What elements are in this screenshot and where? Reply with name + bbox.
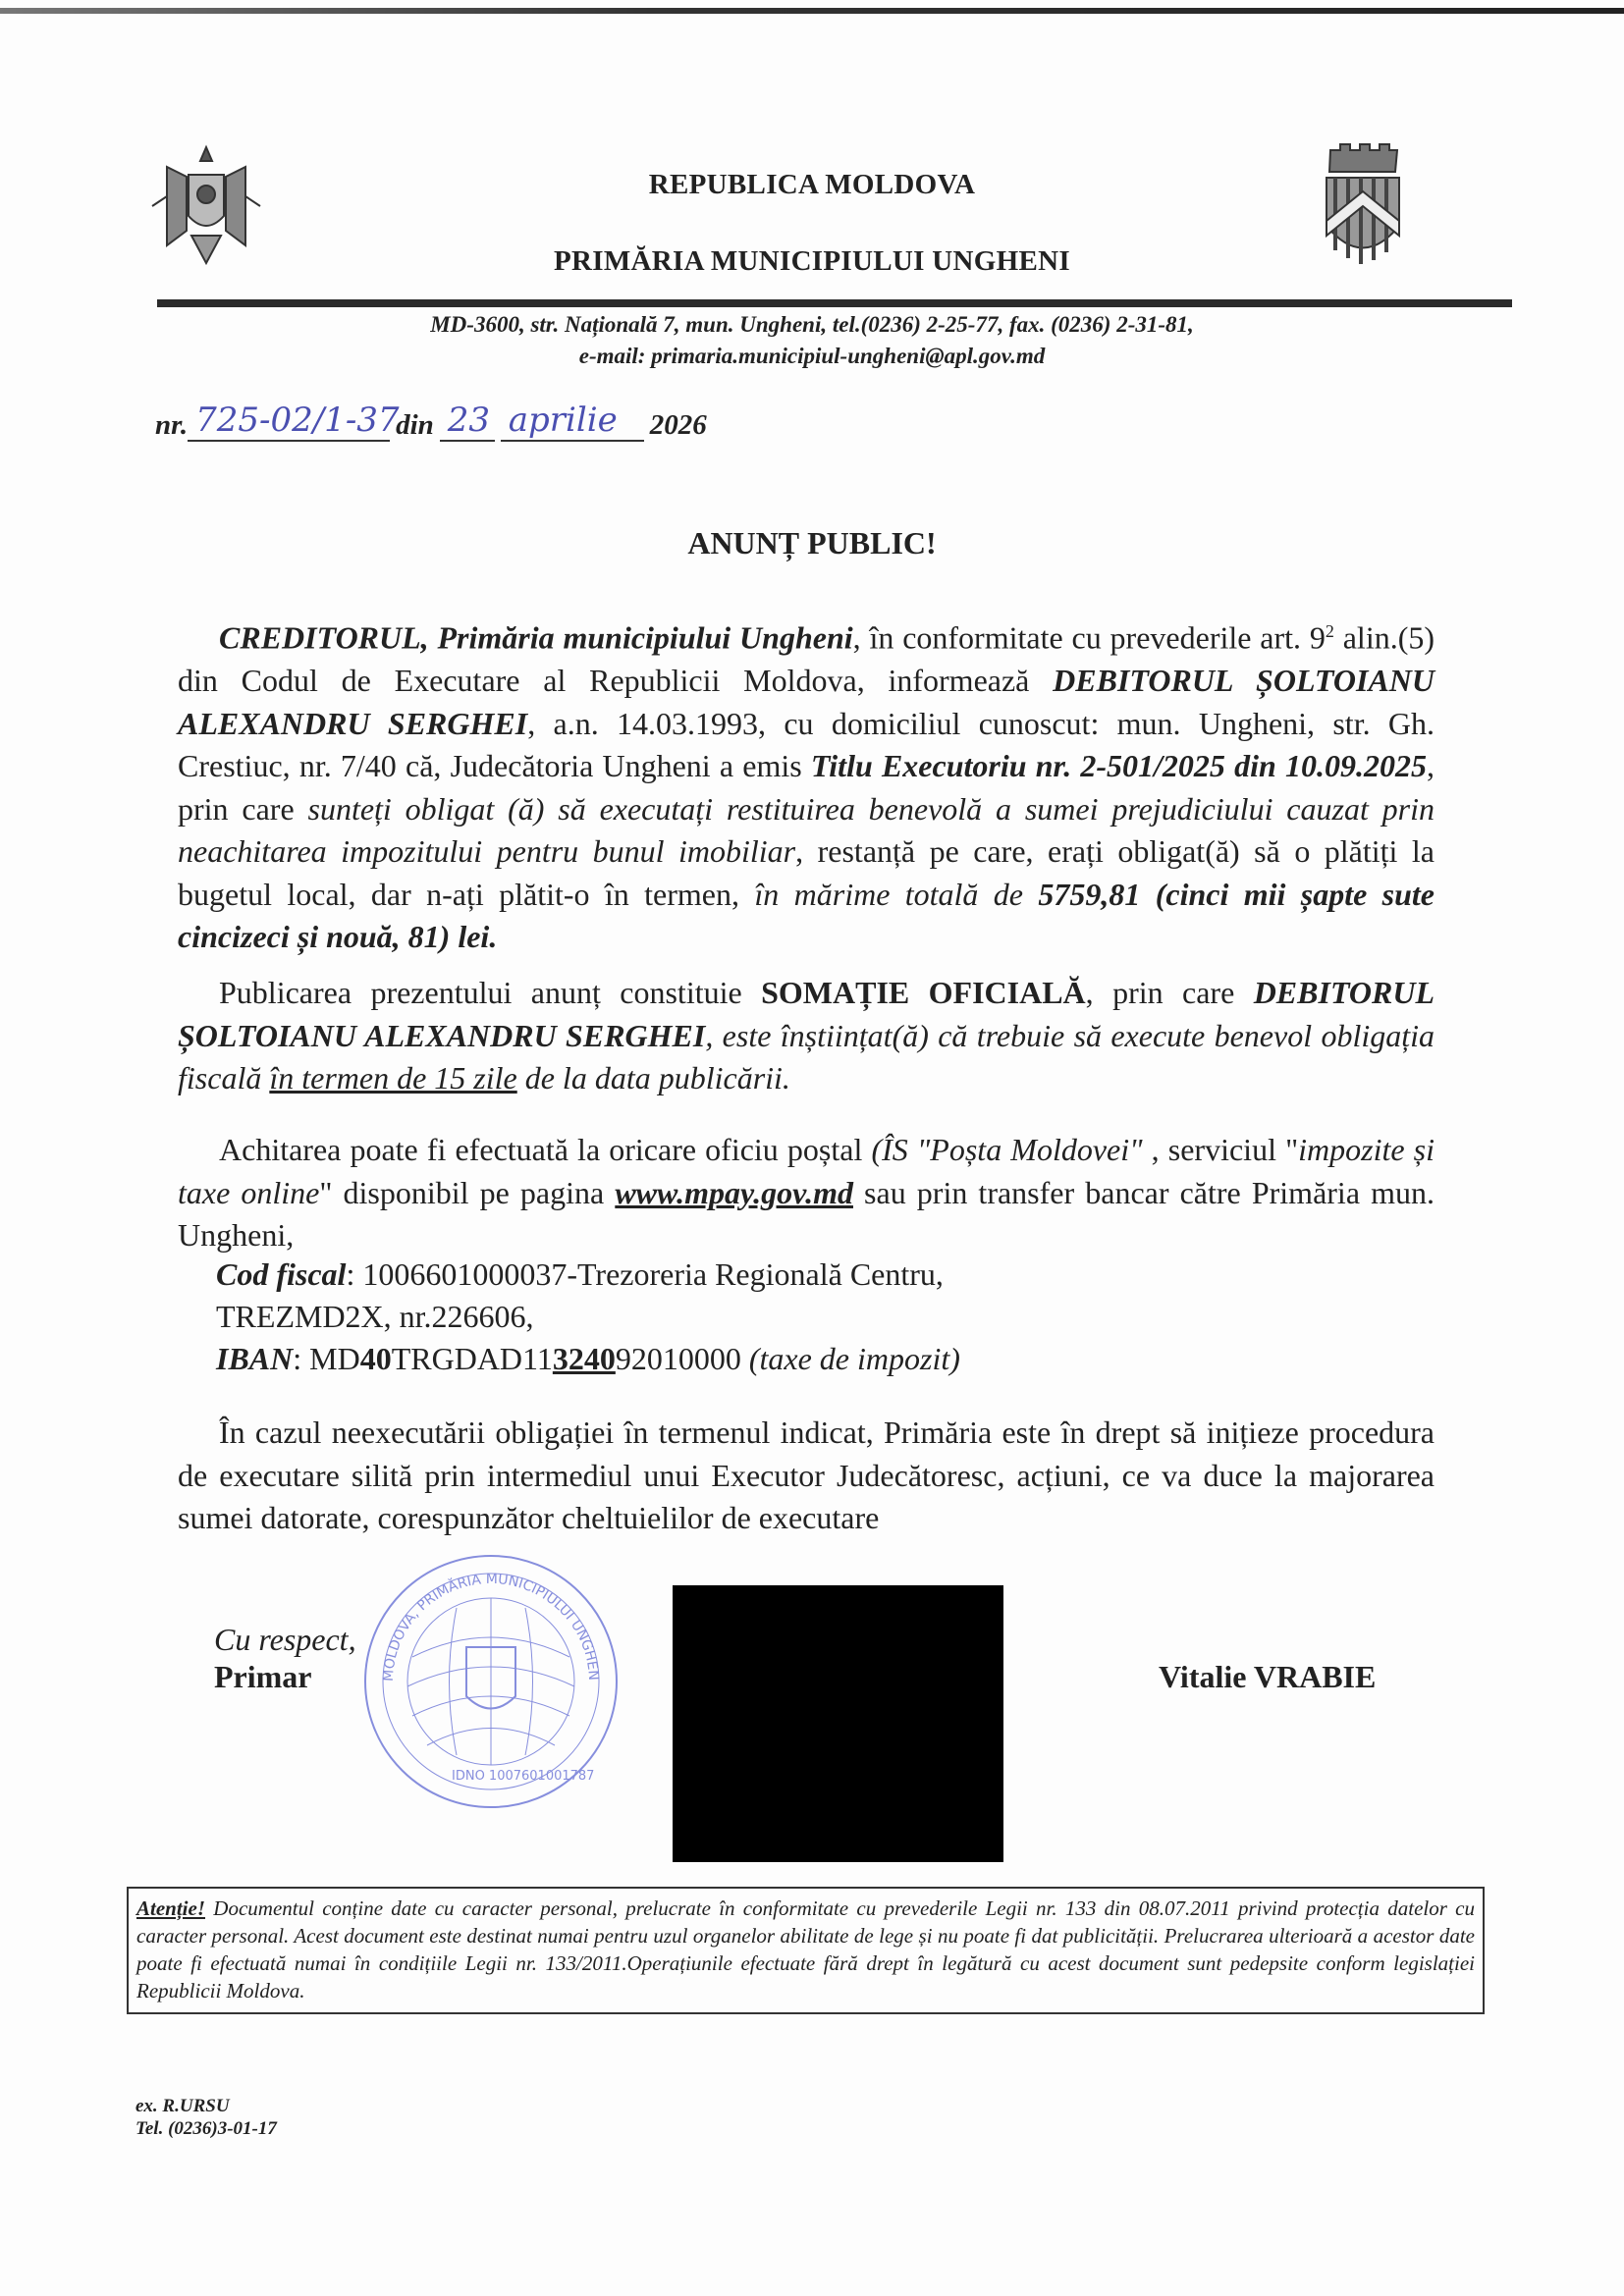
iban-part-4: 3240 <box>553 1341 616 1376</box>
paragraph-somatie: Publicarea prezentului anunț constituie … <box>178 972 1435 1100</box>
p4-text: În cazul neexecutării obligației în term… <box>178 1415 1435 1535</box>
paragraph-creditor-notice: CREDITORUL, Primăria municipiului Unghen… <box>178 611 1435 959</box>
creditor-name: CREDITORUL, Primăria municipiului Unghen… <box>219 620 853 656</box>
registration-line: nr. 725-02/1-37 din 23 aprilie 2026 <box>155 400 707 442</box>
amount-prefix: în mărime totală de <box>754 877 1038 912</box>
din-label: din <box>396 409 434 442</box>
header-email: e-mail: primaria.municipiul-ungheni@apl.… <box>0 344 1624 369</box>
header-institution: PRIMĂRIA MUNICIPIULUI UNGHENI <box>0 245 1624 278</box>
paragraph-payment-info: Achitarea poate fi efectuată la oricare … <box>178 1129 1435 1257</box>
nr-label: nr. <box>155 409 188 442</box>
executor-name: ex. R.URSU <box>135 2096 230 2117</box>
title-executoriu: Titlu Executoriu nr. 2-501/2025 din 10.0… <box>811 748 1427 783</box>
registration-number: 725-02/1-37 <box>188 400 390 442</box>
iban-label: IBAN <box>216 1341 293 1376</box>
header-divider <box>157 299 1512 307</box>
posta-moldovei: (ÎS "Poșta Moldovei" <box>871 1132 1142 1167</box>
p2-text-1: Publicarea prezentului anunț constituie <box>219 975 761 1010</box>
redacted-signature <box>673 1585 1003 1862</box>
p3-text-3: " disponibil pe pagina <box>319 1175 615 1210</box>
document-title: ANUNȚ PUBLIC! <box>0 525 1624 561</box>
mpay-link[interactable]: www.mpay.gov.md <box>615 1175 853 1210</box>
p1-text-1: , în conformitate cu prevederile art. 9 <box>853 620 1326 656</box>
iban-part-2: 40 <box>360 1341 392 1376</box>
data-protection-notice: Atenție! Documentul conține date cu cara… <box>127 1887 1485 2014</box>
p1-superscript: 2 <box>1326 621 1334 641</box>
iban-line: IBAN: MD40TRGDAD11324092010000 (taxe de … <box>216 1341 960 1377</box>
p3-text-2: , serviciul " <box>1143 1132 1299 1167</box>
registration-year: 2026 <box>650 409 707 442</box>
executor-phone: Tel. (0236)3-01-17 <box>135 2118 277 2140</box>
closing-greeting: Cu respect, <box>214 1622 356 1658</box>
official-stamp-icon: MOLDOVA, PRIMĂRIA MUNICIPIULUI UNGHENI I… <box>358 1549 623 1814</box>
signer-name: Vitalie VRABIE <box>1159 1659 1376 1695</box>
p2-text-4: de la data publicării. <box>517 1060 790 1095</box>
deadline-term: în termen de 15 zile <box>269 1060 516 1095</box>
header-address: MD-3600, str. Națională 7, mun. Ungheni,… <box>0 312 1624 338</box>
somatie-oficiala: SOMAȚIE OFICIALĂ <box>761 975 1086 1010</box>
p3-text-1: Achitarea poate fi efectuată la oricare … <box>219 1132 871 1167</box>
trez-line: TREZMD2X, nr.226606, <box>216 1299 534 1335</box>
iban-part-5: 92010000 <box>616 1341 749 1376</box>
signer-role: Primar <box>214 1659 312 1695</box>
svg-text:MOLDOVA, PRIMĂRIA MUNICIPIULUI: MOLDOVA, PRIMĂRIA MUNICIPIULUI UNGHENI <box>358 1549 601 1682</box>
cod-fiscal-value: : 1006601000037-Trezoreria Regională Cen… <box>346 1256 943 1292</box>
paragraph-enforcement: În cazul neexecutării obligației în term… <box>178 1412 1435 1540</box>
p2-text-2: , prin care <box>1086 975 1254 1010</box>
svg-text:IDNO 1007601001787: IDNO 1007601001787 <box>452 1769 594 1784</box>
cod-fiscal-label: Cod fiscal <box>216 1256 346 1292</box>
header-country: REPUBLICA MOLDOVA <box>0 169 1624 201</box>
notice-label: Atenție! <box>136 1896 205 1920</box>
iban-part-3: TRGDAD11 <box>392 1341 553 1376</box>
registration-month: aprilie <box>501 400 644 442</box>
registration-day: 23 <box>440 400 495 442</box>
scan-edge-line <box>0 8 1624 14</box>
iban-part-1: : MD <box>293 1341 359 1376</box>
notice-text: Documentul conține date cu caracter pers… <box>136 1896 1475 2002</box>
iban-note: (taxe de impozit) <box>749 1341 960 1376</box>
cod-fiscal-line: Cod fiscal: 1006601000037-Trezoreria Reg… <box>216 1256 944 1293</box>
